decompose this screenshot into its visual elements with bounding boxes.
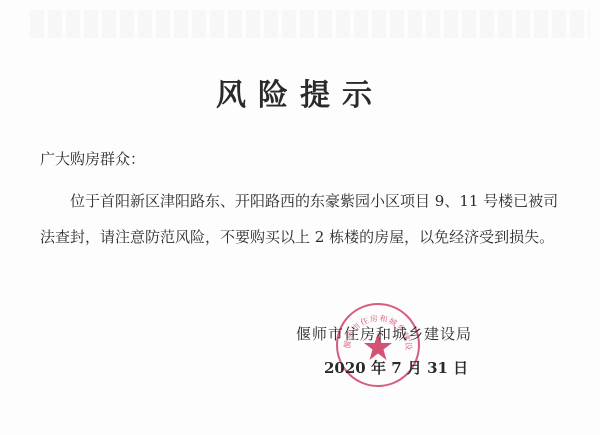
body-paragraph: 位于首阳新区津阳路东、开阳路西的东豪紫园小区项目 9、11 号楼已被司法查封，请… xyxy=(40,183,570,255)
document-title: 风险提示 xyxy=(0,70,600,114)
scan-show-through-artifact xyxy=(30,10,590,38)
issue-date: 2020 年 7 月 31 日 xyxy=(324,357,468,378)
document-page: 风险提示 广大购房群众： 位于首阳新区津阳路东、开阳路西的东豪紫园小区项目 9、… xyxy=(0,0,600,435)
issuer-name: 偃师市住房和城乡建设局 xyxy=(296,323,472,344)
salutation: 广大购房群众： xyxy=(40,148,145,169)
